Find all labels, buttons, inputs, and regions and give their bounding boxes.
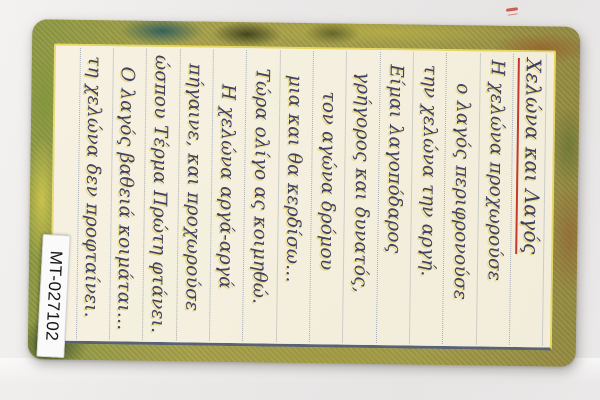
red-mark bbox=[506, 7, 518, 12]
photo-scene: Χελώνα και Λαγός Η χελώνα προχωρούσε ο λ… bbox=[0, 0, 600, 400]
handwritten-text: Χελώνα και Λαγός Η χελώνα προχωρούσε ο λ… bbox=[50, 43, 556, 350]
hand-line: Είμαι λαγοπόδαρος bbox=[375, 48, 413, 348]
hand-line: τον αγώνα δρόμου bbox=[308, 47, 346, 347]
hand-line: τη χελώνα δεν προφταίνει. bbox=[73, 44, 111, 344]
hand-line: Ο λαγός βαθειά κοιμάται... bbox=[107, 44, 145, 344]
story-card: Χελώνα και Λαγός Η χελώνα προχωρούσε ο λ… bbox=[28, 19, 581, 367]
card-title: Χελώνα και Λαγός bbox=[515, 58, 546, 255]
hand-line: μια και θα κερδίσω... bbox=[275, 47, 313, 347]
hand-line: την χελώνα την αργή. bbox=[409, 49, 447, 349]
archive-label-text: MT-027102 bbox=[41, 250, 66, 341]
hand-line: Τώρα ολίγο ας κοιμηθώ. bbox=[241, 46, 279, 346]
hand-line: Η χελώνα προχωρούσε bbox=[476, 49, 514, 349]
hand-line: ο λαγός περιφρονούσε bbox=[443, 49, 481, 349]
card-title-row: Χελώνα και Λαγός bbox=[510, 50, 556, 351]
hand-line: πήγαινε, και προχωρούσε bbox=[174, 45, 212, 345]
hand-line: ώσπου Τέρμα Πρώτη φτάνει. bbox=[140, 45, 178, 345]
hand-line: Η χελώνα αργά-αργά bbox=[208, 46, 246, 346]
hand-line: γρήγορος και δυνατός, bbox=[342, 48, 380, 348]
